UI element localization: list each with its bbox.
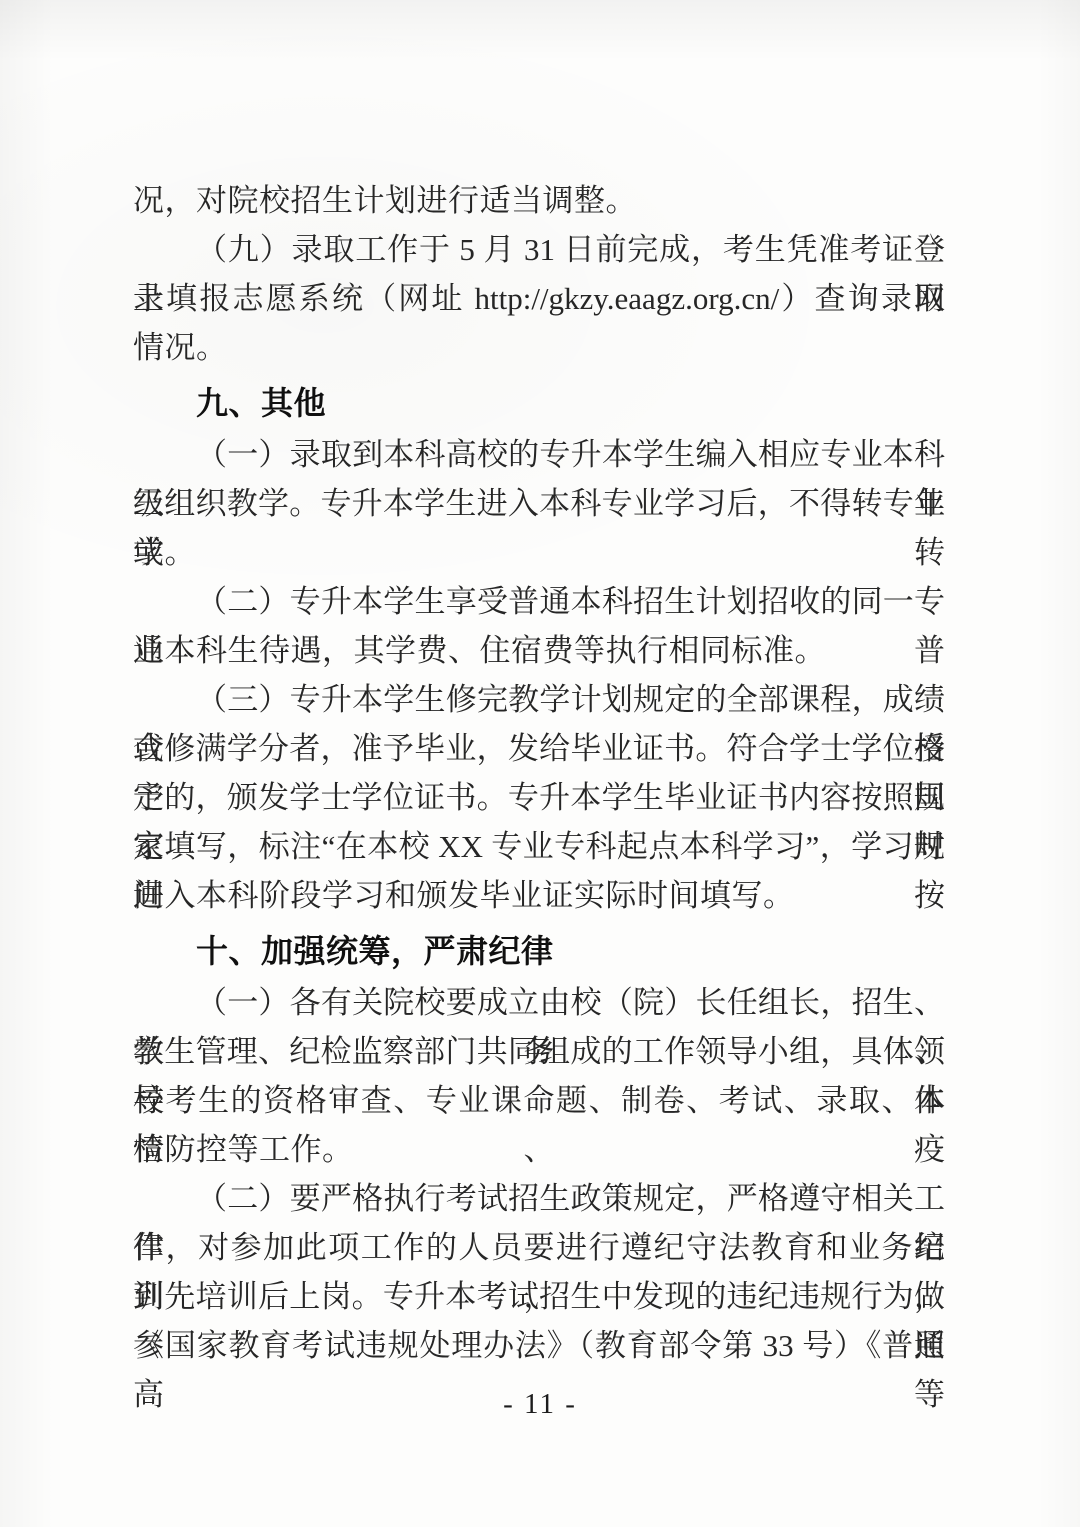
text-line: 或修满学分者，准予毕业，发给毕业证书。符合学士学位授予规 [133, 724, 945, 773]
page-number: - 11 - [0, 1388, 1080, 1421]
text-line: （二）要严格执行考试招生政策规定，严格遵守相关工作纪 [133, 1174, 945, 1223]
text-line: 通本科生待遇，其学费、住宿费等执行相同标准。 [133, 626, 945, 675]
text-line: 情况。 [133, 323, 945, 372]
text-line: （一）各有关院校要成立由校（院）长任组长，招生、教务、 [133, 978, 945, 1027]
document-page: 况，对院校招生计划进行适当调整。（九）录取工作于 5 月 31 日前完成，考生凭… [0, 0, 1080, 1527]
text-line: 级组织教学。专升本学生进入本科专业学习后，不得转专业或转 [133, 479, 945, 528]
text-line: 学生管理、纪检监察部门共同组成的工作领导小组，具体领导本 [133, 1027, 945, 1076]
text-line: （九）录取工作于 5 月 31 日前完成，考生凭准考证登录网 [133, 225, 945, 274]
text-line: 况，对院校招生计划进行适当调整。 [133, 176, 945, 225]
text-line: 校考生的资格审查、专业课命题、制卷、考试、录取、体检、疫 [133, 1076, 945, 1125]
section-heading: 十、加强统筹，严肃纪律 [133, 927, 945, 976]
text-line: 《国家教育考试违规处理办法》（教育部令第 33 号）《普通高等 [133, 1321, 945, 1370]
text-line: 到先培训后上岗。专升本考试招生中发现的违纪违规行为，参照 [133, 1272, 945, 1321]
text-line: 上填报志愿系统（网址 http://gkzy.eaagz.org.cn/）查询录… [133, 274, 945, 323]
text-line: （三）专升本学生修完教学计划规定的全部课程，成绩合格 [133, 675, 945, 724]
text-line: （一）录取到本科高校的专升本学生编入相应专业本科三年 [133, 430, 945, 479]
section-heading: 九、其他 [133, 379, 945, 428]
document-body: 况，对院校招生计划进行适当调整。（九）录取工作于 5 月 31 日前完成，考生凭… [133, 176, 945, 1370]
text-line: 定填写，标注“在本校 XX 专业专科起点本科学习”，学习时间按 [133, 822, 945, 871]
text-line: （二）专升本学生享受普通本科招生计划招收的同一专业普 [133, 577, 945, 626]
text-line: 定的，颁发学士学位证书。专升本学生毕业证书内容按照国家规 [133, 773, 945, 822]
text-line: 律，对参加此项工作的人员要进行遵纪守法教育和业务培训，做 [133, 1223, 945, 1272]
